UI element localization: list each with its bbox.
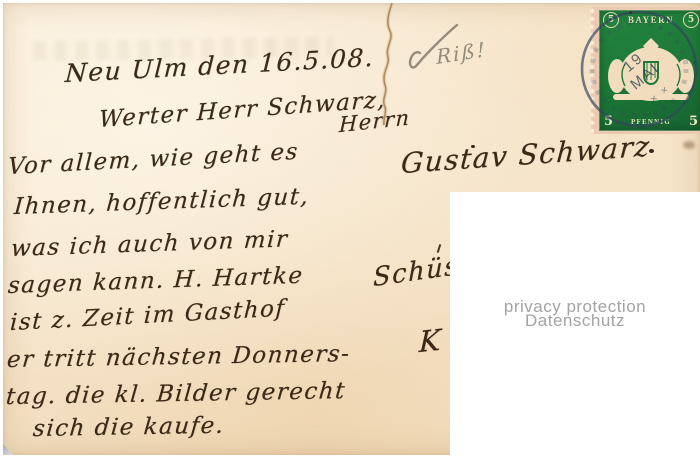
corner-damage xyxy=(3,442,15,455)
ink-speck xyxy=(629,11,632,14)
postcard-scan: Neu Ulm den 16.5.08. Werter Herr Schwarz… xyxy=(0,0,700,457)
address-recipient-name: Gustav Schwarz xyxy=(400,129,652,180)
message-line: sagen kann. H. Hartke xyxy=(7,263,304,299)
message-line: Ihnen, hoffentlich gut, xyxy=(13,184,310,220)
privacy-overlay-text-de: Datenschutz xyxy=(525,314,625,327)
ink-smudge xyxy=(683,141,695,149)
paper-tear-icon xyxy=(373,3,403,129)
message-line: sich die kaufe. xyxy=(32,413,226,442)
message-line: er tritt nächsten Donners- xyxy=(6,341,352,373)
postmark-icon: 19 MAI × × xyxy=(573,7,700,135)
ink-speck xyxy=(649,149,654,153)
privacy-overlay: privacy protection Datenschutz xyxy=(450,192,700,457)
message-line: Vor allem, wie geht es xyxy=(7,139,299,180)
message-line: ist z. Zeit im Gasthof xyxy=(9,296,286,337)
message-line: was ich auch von mir xyxy=(10,226,289,262)
ink-speck xyxy=(471,145,475,148)
postmark-ornament: × × xyxy=(648,83,672,106)
address-city-partial: K xyxy=(418,322,442,359)
message-line: tag. die kl. Bilder gerecht xyxy=(5,378,347,410)
stray-ink-stroke xyxy=(437,244,442,253)
